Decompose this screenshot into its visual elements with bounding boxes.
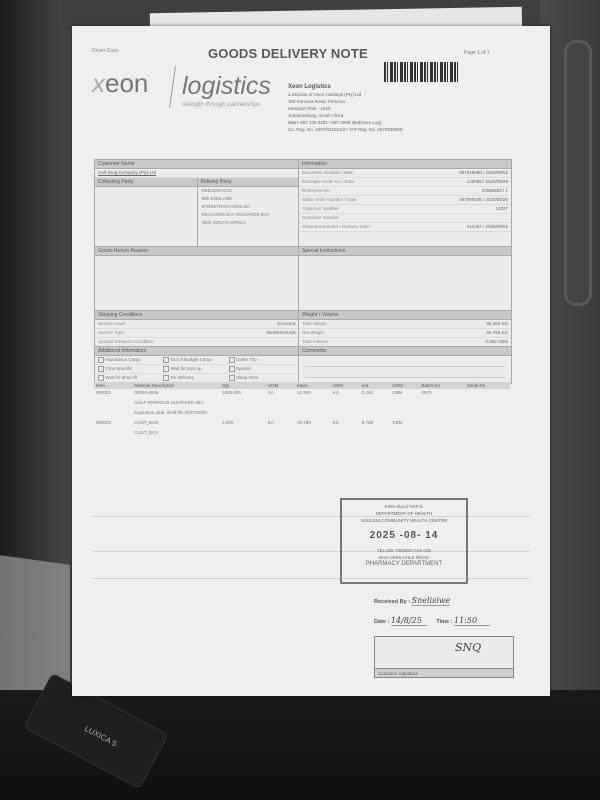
column-header: UOM: [266, 382, 295, 389]
info-row: Container Number: [299, 214, 511, 223]
checkbox[interactable]: [229, 366, 235, 372]
document-title: GOODS DELIVERY NOTE: [208, 46, 368, 61]
device-label: LUXICA 5: [83, 724, 118, 748]
goods-return-section: Goods Return Reason: [94, 246, 300, 312]
table-row-detail: GULF FERROUS SULPHATE 38's: [94, 399, 510, 409]
delivery-note: Driver Copy GOODS DELIVERY NOTE Page 1 o…: [72, 26, 550, 696]
company-address: Xeon Logistics a Division of Xeon Holdin…: [288, 84, 402, 133]
customer-section: Customer Name Gulf Drug Company (Pty) Lt…: [94, 159, 300, 248]
collecting-party: Collecting Party: [95, 178, 198, 248]
received-by-value: Snelisiwe: [412, 596, 451, 606]
signature-label: Customer Signature: [375, 668, 513, 677]
logo-text: logistics: [182, 72, 271, 101]
column-header: Mass: [295, 382, 331, 389]
table-row-detail: CUST_BOX: [94, 429, 510, 439]
checkbox[interactable]: [229, 357, 235, 363]
additional-options-row: Time Specific Wait for pick up Special: [95, 365, 299, 374]
received-by: Received By : Snelisiwe: [374, 596, 450, 606]
logo-tagline: strength through partnerships: [182, 102, 260, 108]
customer-header: Customer Name: [95, 160, 299, 169]
info-row: Document Number / Date807548080 / 2025/0…: [299, 169, 511, 178]
delivery-party: Delivery Party NSELENI CHC M/E ENHLANE S…: [198, 178, 300, 248]
checkbox[interactable]: [98, 375, 104, 381]
comments-section: Comments: [298, 346, 512, 384]
checkbox[interactable]: [163, 357, 169, 363]
column-header: UOM: [331, 382, 360, 389]
info-row: Sales Order Number / Date567895435 / 202…: [299, 196, 511, 205]
logo-divider: [169, 66, 176, 108]
column-header: Material Description: [132, 382, 220, 389]
information-section: Information Document Number / Date807548…: [298, 159, 512, 248]
weight-volume-section: Weight / Volume Total Weight86.260 KGNet…: [298, 310, 512, 348]
receipt-date-value: 14/8/25: [391, 616, 427, 626]
checkbox[interactable]: [98, 366, 104, 372]
column-header: Batch No: [420, 382, 465, 389]
column-header: Qty: [220, 382, 266, 389]
signature: SNQ: [455, 641, 481, 654]
receipt-date-time: Date : 14/8/25 Time : 11:50: [374, 616, 490, 626]
info-row: Customer Number14037: [299, 205, 511, 214]
handle-shape: [564, 40, 592, 306]
info-row: Purchase Order No / Date146096 / 2025/08…: [299, 178, 511, 187]
special-instructions-section: Special Instructions: [298, 246, 512, 312]
column-header: Item: [94, 382, 132, 389]
page-number: Page 1 of 1: [464, 50, 490, 56]
receipt-time-value: 11:50: [454, 616, 490, 626]
pharmacy-stamp: KWA-ZULU NATAL DEPARTMENT OF HEALTH NSEL…: [340, 498, 468, 584]
checkbox[interactable]: [229, 375, 235, 381]
column-header: Vol: [360, 382, 391, 389]
table-row-detail: Expiration date, shelf life 2027/09/30: [94, 409, 510, 419]
customer-name: Gulf Drug Company (Pty) Ltd: [95, 169, 299, 178]
table-row: 00000100000-90061000.000EA10.500KG0.148C…: [94, 389, 510, 399]
barcode-icon: [384, 62, 460, 82]
additional-information-section: Additional Information Hazardous Cargo O…: [94, 346, 300, 384]
info-row: Total Weight86.260 KG: [299, 320, 511, 329]
info-row: Reference No10584650 / 1: [299, 187, 511, 196]
checkbox[interactable]: [163, 366, 169, 372]
info-row: Shipment Number / Delivery Date511467 / …: [299, 223, 511, 232]
checkbox[interactable]: [98, 357, 104, 363]
copy-label: Driver Copy: [92, 48, 118, 54]
info-row: Service LevelEconomy: [95, 320, 299, 329]
column-header: UOM: [390, 382, 419, 389]
column-header: Serial No: [465, 382, 510, 389]
shipping-conditions-section: Shipping Conditions Service LevelEconomy…: [94, 310, 300, 348]
company-logo: xeon: [92, 68, 148, 99]
info-row: Service TypeWAREHOUSE: [95, 329, 299, 338]
additional-options-row: Hazardous Cargo Out of Budget Cargo Cutt…: [95, 356, 299, 365]
checkbox[interactable]: [163, 375, 169, 381]
stamp-date: 2025 -08- 14: [342, 532, 466, 539]
info-row: Net Weight84.760 KG: [299, 329, 511, 338]
customer-signature-box: SNQ Customer Signature: [374, 636, 514, 678]
table-row: 900002CUST_BOX4.000EA75.760KG0.768CBM: [94, 419, 510, 429]
items-table: ItemMaterial DescriptionQtyUOMMassUOMVol…: [94, 382, 510, 439]
